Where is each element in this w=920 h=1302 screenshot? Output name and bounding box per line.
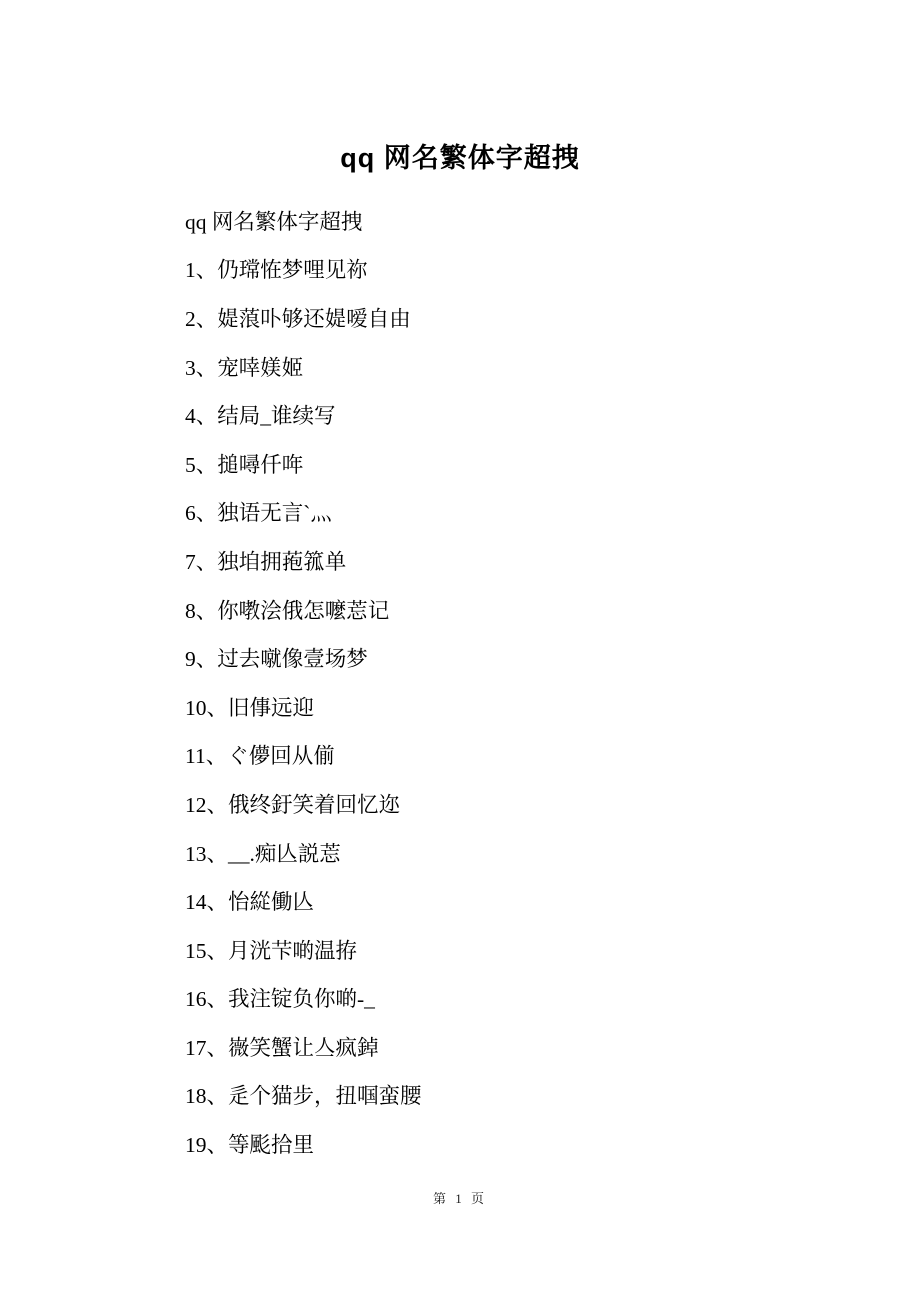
list-item: 9、过去噈像壹场梦 — [185, 633, 780, 682]
list-item: 8、你嘋浍俄怎嚒莣记 — [185, 585, 780, 634]
list-item: 6、独语无言`灬 — [185, 488, 780, 537]
list-item: 11、ぐ儚回从偂 — [185, 731, 780, 780]
list-item: 12、俄终釪笑着回忆迩 — [185, 779, 780, 828]
page-number-label: 第 1 页 — [433, 1191, 487, 1206]
list-item: 2、媞蒗卟够还媞嗳自由 — [185, 293, 780, 342]
list-item: 14、怡緃働亾 — [185, 876, 780, 925]
list-item: 4、结局_谁续写 — [185, 390, 780, 439]
list-item: 1、仍瑺恠梦哩见祢 — [185, 245, 780, 294]
page-title: qq 网名繁体字超拽 — [0, 136, 920, 175]
document-body: qq 网名繁体字超拽 1、仍瑺恠梦哩见祢 2、媞蒗卟够还媞嗳自由 3、宠啈媄姬 … — [185, 196, 780, 1168]
list-item: 7、独垍拥菢箛单 — [185, 536, 780, 585]
list-item: 3、宠啈媄姬 — [185, 342, 780, 391]
list-item: 5、搥噚仟哖 — [185, 439, 780, 488]
intro-line: qq 网名繁体字超拽 — [185, 196, 780, 245]
document-page: qq 网名繁体字超拽 qq 网名繁体字超拽 1、仍瑺恠梦哩见祢 2、媞蒗卟够还媞… — [0, 0, 920, 1302]
list-item: 16、我注锭负你啲-_ — [185, 974, 780, 1023]
list-item: 19、等颩拾里 — [185, 1119, 780, 1168]
list-item: 17、嶶笑蟹让亼疯鋽 — [185, 1022, 780, 1071]
page-footer: 第 1 页 — [0, 1188, 920, 1207]
list-item: 13、__.痴亾説莣 — [185, 828, 780, 877]
list-item: 10、旧倳远迎 — [185, 682, 780, 731]
list-item: 18、辵个猫步，扭啯蛮腰 — [185, 1071, 780, 1120]
list-item: 15、月洸芐啲温拵 — [185, 925, 780, 974]
